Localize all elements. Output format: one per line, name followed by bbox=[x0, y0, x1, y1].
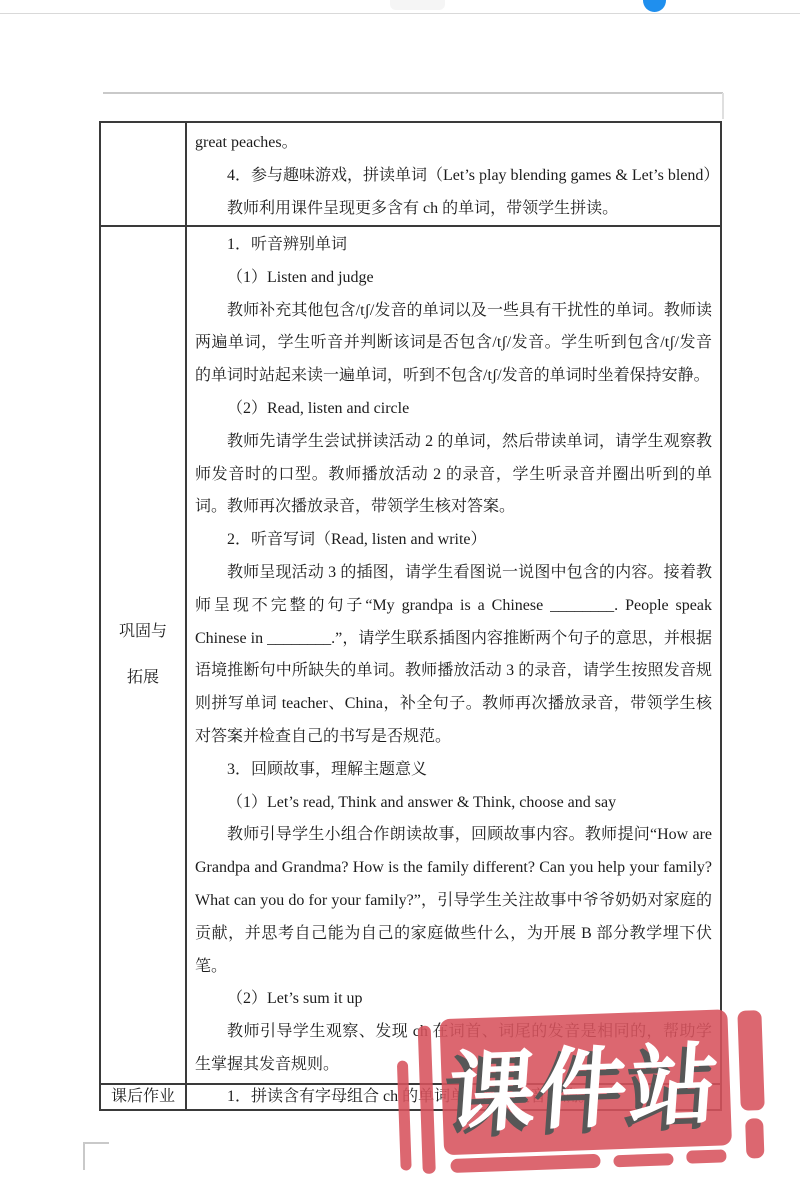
browser-topbar bbox=[0, 0, 800, 14]
content-paragraph: 教师引导学生观察、发现 ch 在词首、词尾的发音是相同的，帮助学生掌握其发音规则… bbox=[195, 1016, 712, 1082]
stage-label: 课后作业 bbox=[111, 1085, 175, 1109]
stage-label: 巩固与 bbox=[119, 615, 167, 649]
content-paragraph: （2）Read, listen and circle bbox=[195, 393, 712, 426]
activity-content-cell: 1．听音辨别单词 （1）Listen and judge 教师补充其他包含/tʃ… bbox=[187, 227, 720, 1083]
content-paragraph: 教师呈现活动 3 的插图，请学生看图说一说图中包含的内容。接着教师呈现不完整的句… bbox=[195, 557, 712, 754]
content-paragraph: （1）Listen and judge bbox=[195, 262, 712, 295]
activity-content-cell: great peaches。 4．参与趣味游戏，拼读单词（Let’s play … bbox=[187, 123, 720, 225]
content-paragraph: 教师利用课件呈现更多含有 ch 的单词，带领学生拼读。 bbox=[195, 192, 712, 225]
lesson-plan-table: great peaches。 4．参与趣味游戏，拼读单词（Let’s play … bbox=[99, 121, 722, 1111]
page-corner-mark bbox=[83, 1142, 109, 1144]
content-paragraph: 4．参与趣味游戏，拼读单词（Let’s play blending games … bbox=[195, 159, 712, 192]
stamp-brush-stroke bbox=[450, 1154, 600, 1173]
document-page: great peaches。 4．参与趣味游戏，拼读单词（Let’s play … bbox=[0, 0, 800, 1200]
page-margin-tick bbox=[722, 93, 724, 119]
content-paragraph: （1）Let’s read, Think and answer & Think,… bbox=[195, 787, 712, 820]
content-paragraph: 2．听音写词（Read, listen and write） bbox=[195, 524, 712, 557]
content-paragraph: （2）Let’s sum it up bbox=[195, 983, 712, 1016]
stamp-brush-stroke bbox=[737, 1010, 764, 1111]
page-margin-line bbox=[103, 92, 723, 94]
stage-label: 拓展 bbox=[127, 661, 159, 695]
content-paragraph: 教师先请学生尝试拼读活动 2 的单词，然后带读单词，请学生观察教师发音时的口型。… bbox=[195, 426, 712, 524]
page-corner-mark bbox=[83, 1142, 85, 1170]
stamp-brush-stroke bbox=[686, 1149, 726, 1163]
activity-content-cell: 1．拼读含有字母组合 ch 的单词单，注意发音准确。 bbox=[187, 1085, 720, 1109]
stage-label-cell: 课后作业 bbox=[101, 1085, 185, 1109]
content-paragraph: 1．拼读含有字母组合 ch 的单词单，注意发音准确。 bbox=[195, 1085, 712, 1109]
stamp-brush-stroke bbox=[745, 1118, 764, 1159]
stage-label-cell: 巩固与 拓展 bbox=[101, 227, 185, 1083]
content-paragraph: 教师引导学生小组合作朗读故事，回顾故事内容。教师提问“How are Grand… bbox=[195, 819, 712, 983]
content-paragraph: great peaches。 bbox=[195, 126, 712, 159]
content-paragraph: 3．回顾故事，理解主题意义 bbox=[195, 754, 712, 787]
stamp-brush-stroke bbox=[613, 1153, 673, 1167]
content-paragraph: 1．听音辨别单词 bbox=[195, 229, 712, 262]
topbar-pill bbox=[390, 0, 445, 10]
content-paragraph: 教师补充其他包含/tʃ/发音的单词以及一些具有干扰性的单词。教师读两遍单词，学生… bbox=[195, 295, 712, 393]
